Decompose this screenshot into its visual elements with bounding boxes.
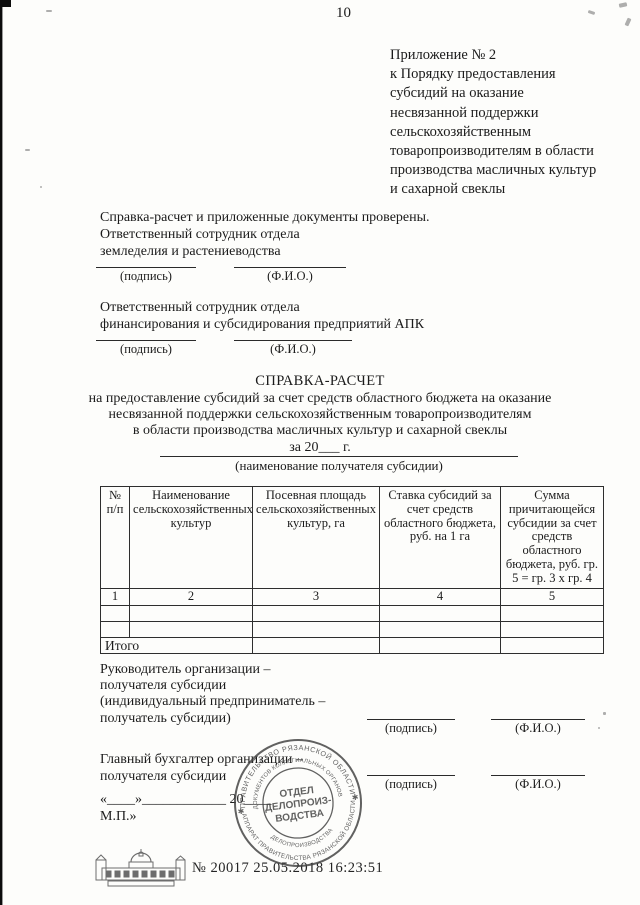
table-row	[101, 605, 604, 621]
scan-speck	[46, 10, 52, 12]
checked-line: земледелия и растениеводства	[100, 244, 500, 261]
scan-speck	[625, 18, 632, 27]
scan-speck	[619, 2, 628, 8]
scan-speck	[598, 727, 600, 729]
col-number: 4	[380, 588, 501, 605]
col-number: 3	[253, 588, 380, 605]
cell	[130, 621, 253, 637]
checked-block: Справка-расчет и приложенные документы п…	[100, 210, 500, 260]
head-line: (индивидуальный предприниматель –	[100, 694, 400, 710]
cell	[101, 605, 130, 621]
fio-line-label: (Ф.И.О.)	[491, 775, 585, 791]
total-cell	[380, 637, 501, 654]
fio-line-label: (Ф.И.О.)	[234, 267, 346, 283]
column-number-row: 1 2 3 4 5	[101, 588, 604, 605]
fio-line-label: (Ф.И.О.)	[491, 719, 585, 735]
cell	[380, 605, 501, 621]
total-cell	[253, 637, 380, 654]
stamp-star-left-icon: ✱	[237, 807, 245, 817]
col-number: 1	[101, 588, 130, 605]
stamp-star-right-icon: ✱	[351, 793, 359, 803]
table-header-row: № п/п Наименование сельскохозяйственных …	[101, 487, 604, 589]
annex-line: производства масличных культур	[390, 161, 630, 180]
col-header-area: Посевная площадь сельскохозяйственных ку…	[253, 487, 380, 589]
scan-speck	[25, 149, 30, 151]
total-label: Итого	[101, 637, 253, 654]
signature-line-label: (подпись)	[96, 267, 196, 283]
head-signature-block: Руководитель организации – получателя су…	[100, 662, 400, 727]
annex-line: субсидий на оказание	[390, 84, 630, 103]
cell	[501, 605, 604, 621]
finance-line: Ответственный сотрудник отдела	[100, 300, 520, 317]
annex-line: сельскохозяйственным	[390, 123, 630, 142]
table-row	[101, 621, 604, 637]
document-title-block: СПРАВКА-РАСЧЕТ на предоставление субсиди…	[40, 373, 600, 456]
cell	[253, 621, 380, 637]
checked-line: Ответственный сотрудник отдела	[100, 227, 500, 244]
signature-line-label: (подпись)	[367, 719, 455, 735]
title-subline: в области производства масличных культур…	[40, 423, 600, 439]
annex-line: и сахарной свеклы	[390, 180, 630, 199]
scan-corner-blot	[0, 0, 11, 7]
total-cell	[501, 637, 604, 654]
col-number: 5	[501, 588, 604, 605]
col-number: 2	[130, 588, 253, 605]
recipient-name-line: (наименование получателя субсидии)	[160, 456, 518, 474]
annex-line: несвязанной поддержки	[390, 104, 630, 123]
cell	[253, 605, 380, 621]
cell	[380, 621, 501, 637]
head-line: Руководитель организации –	[100, 662, 400, 678]
seal-place-note: М.П.»	[100, 809, 137, 825]
document-title: СПРАВКА-РАСЧЕТ	[40, 373, 600, 390]
annex-line: товаропроизводителям в области	[390, 142, 630, 161]
col-header-rate: Ставка субсидий за счет средств областно…	[380, 487, 501, 589]
signature-line-label: (подпись)	[96, 340, 196, 356]
annex-line: Приложение № 2	[390, 46, 630, 65]
title-year-blank: за 20___ г.	[40, 440, 600, 456]
scan-speck	[588, 10, 596, 15]
col-header-num: № п/п	[101, 487, 130, 589]
scan-speck	[603, 712, 606, 715]
government-building-icon	[94, 848, 186, 894]
cell	[130, 605, 253, 621]
fio-line-label: (Ф.И.О.)	[234, 340, 352, 356]
col-header-crop: Наименование сельскохозяйственных культу…	[130, 487, 253, 589]
finance-block: Ответственный сотрудник отдела финансиро…	[100, 300, 520, 334]
finance-line: финансирования и субсидирования предприя…	[100, 317, 520, 334]
title-subline: на предоставление субсидий за счет средс…	[40, 391, 600, 407]
scanned-document-page: 10 Приложение № 2 к Порядку предоставлен…	[0, 0, 640, 905]
head-line: получателя субсидии	[100, 678, 400, 694]
annex-line: к Порядку предоставления	[390, 65, 630, 84]
signature-line-label: (подпись)	[367, 775, 455, 791]
annex-header: Приложение № 2 к Порядку предоставления …	[390, 46, 630, 200]
cell	[501, 621, 604, 637]
stamp-icon: ПРАВИТЕЛЬСТВО РЯЗАНСКОЙ ОБЛАСТИ АППАРАТ …	[218, 723, 378, 883]
page-number: 10	[336, 5, 351, 22]
round-office-stamp: ПРАВИТЕЛЬСТВО РЯЗАНСКОЙ ОБЛАСТИ АППАРАТ …	[218, 723, 378, 883]
checked-line: Справка-расчет и приложенные документы п…	[100, 210, 500, 227]
scan-speck	[40, 186, 42, 188]
scan-edge-strip-light	[2, 0, 3, 905]
col-header-sum: Сумма причитающейся субсидии за счет сре…	[501, 487, 604, 589]
subsidy-calc-table: № п/п Наименование сельскохозяйственных …	[100, 486, 604, 654]
title-subline: несвязанной поддержки сельскохозяйственн…	[40, 407, 600, 423]
table-total-row: Итого	[101, 637, 604, 654]
cell	[101, 621, 130, 637]
